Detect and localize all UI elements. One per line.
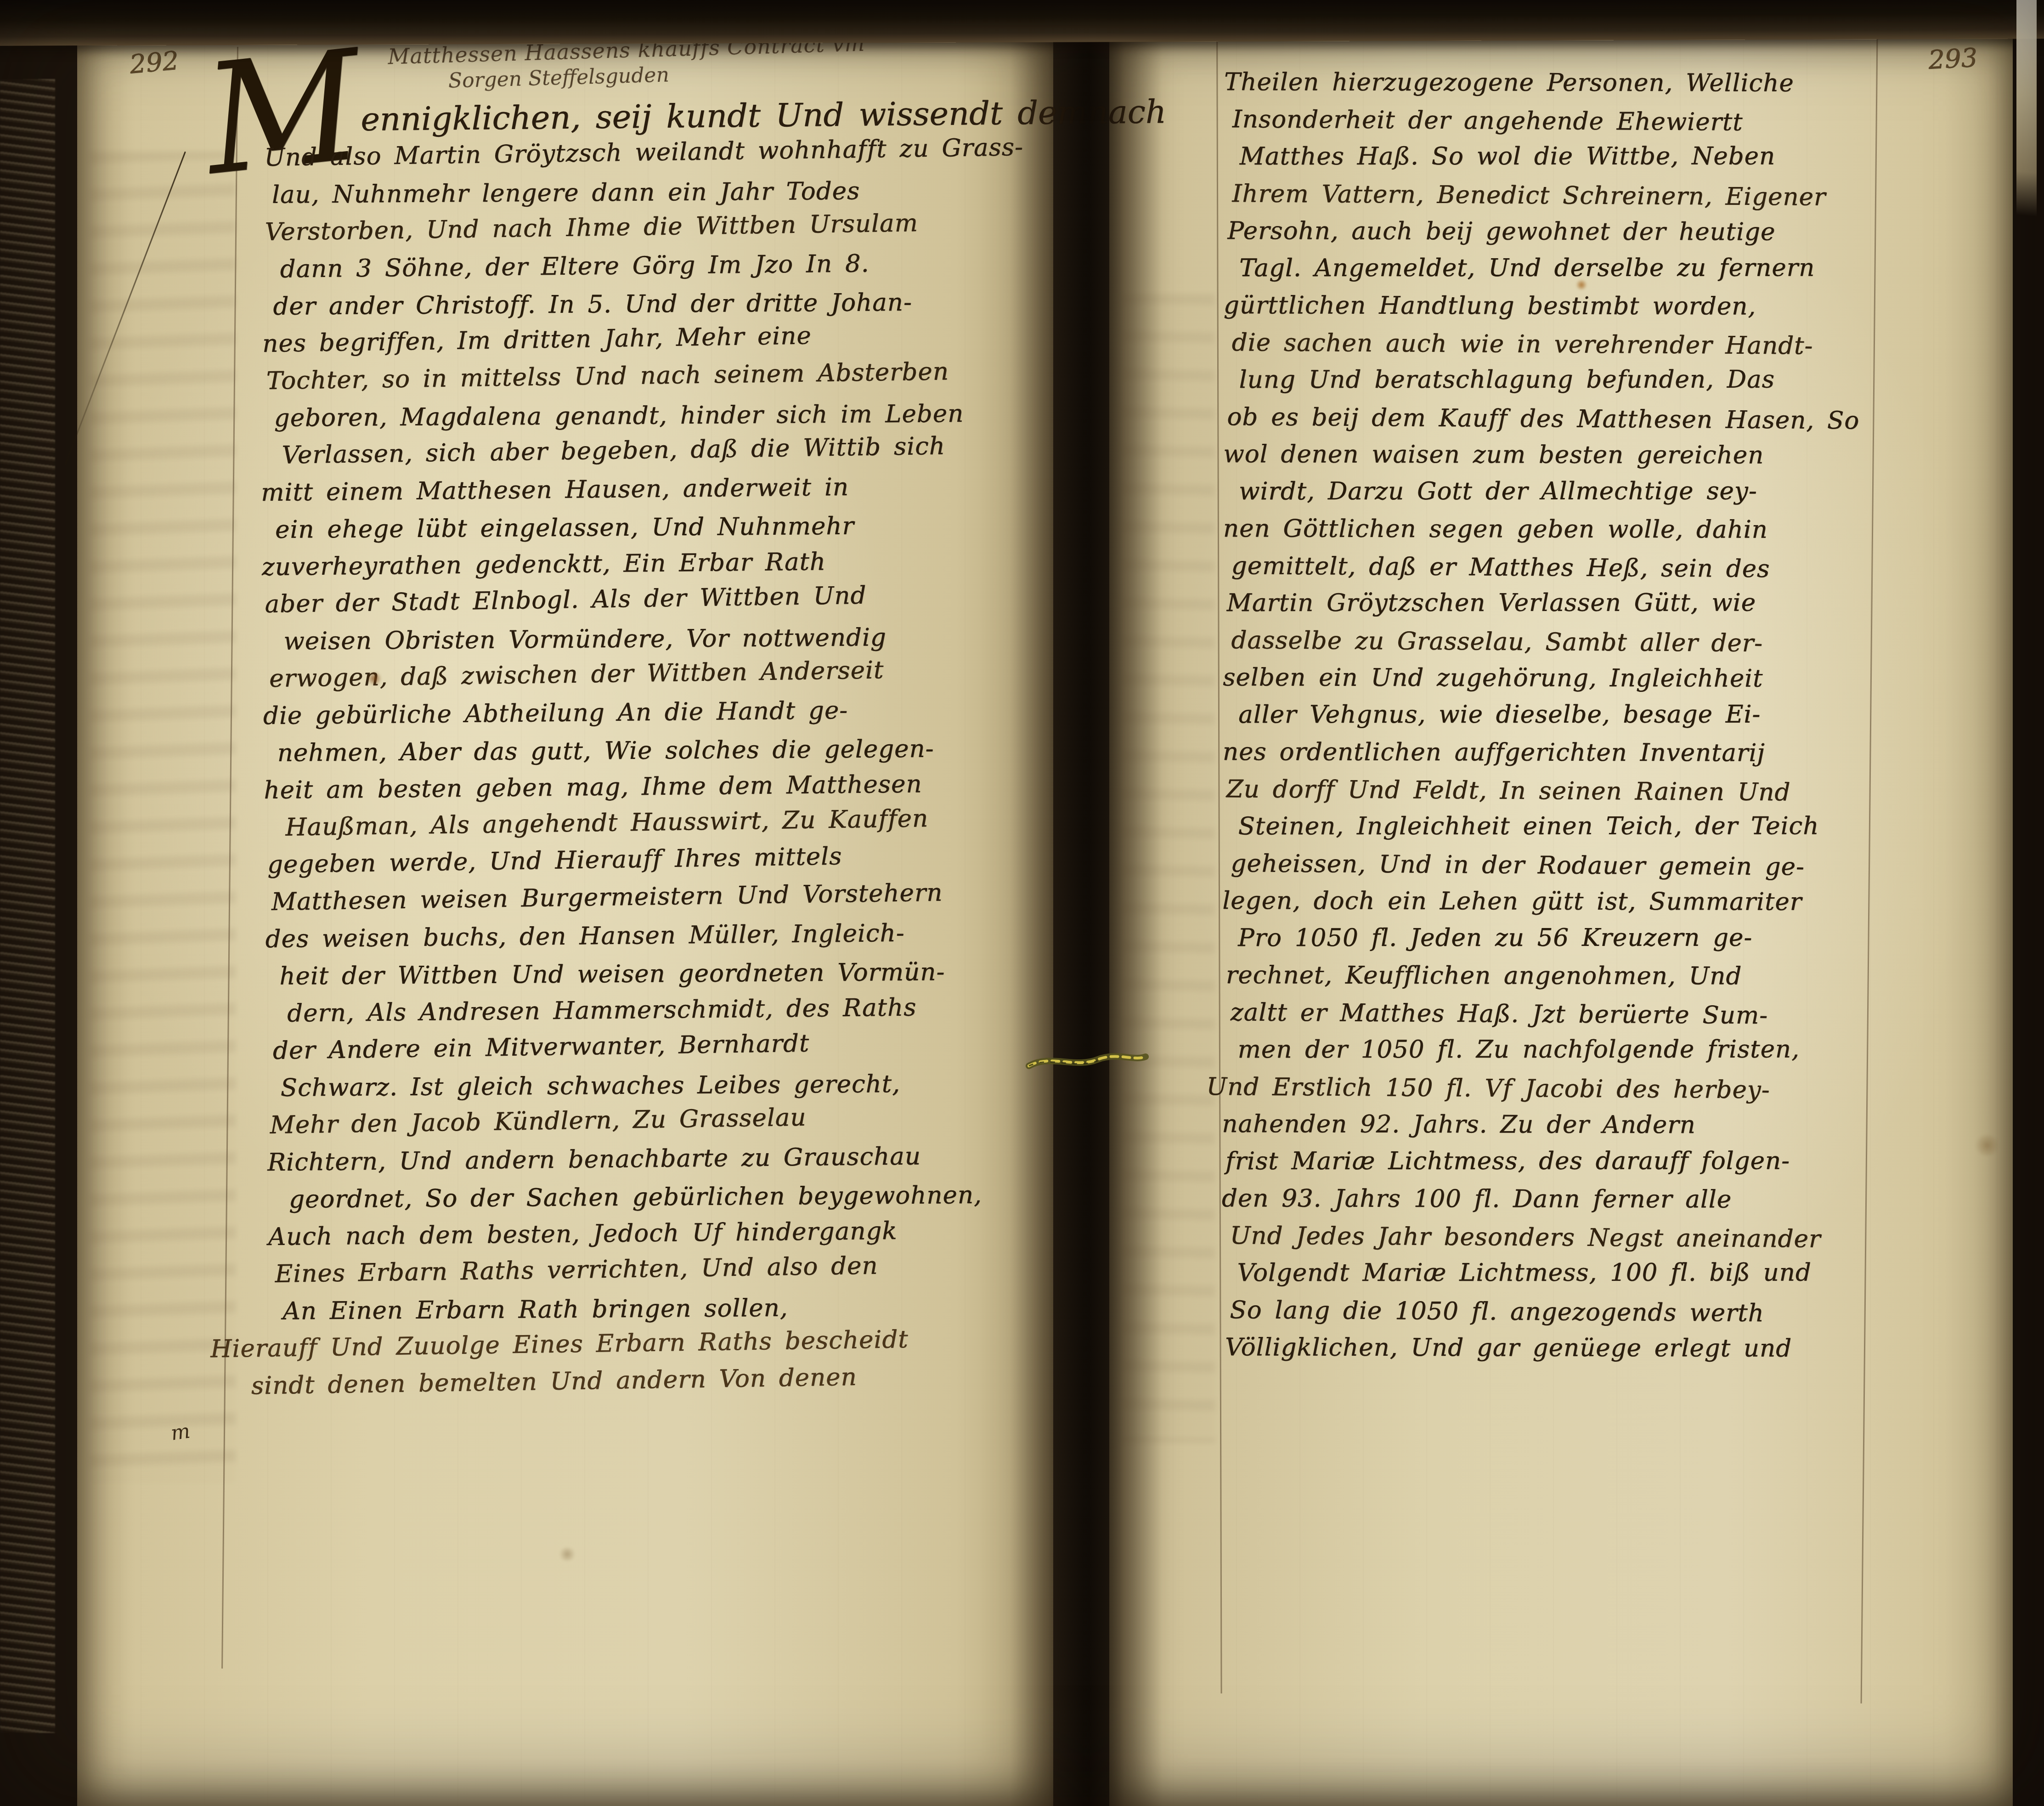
manuscript-line: mitt einem Matthesen Hausen, anderweit i…	[261, 467, 1024, 511]
manuscript-text-right-page: Theilen hierzugezogene Personen, Wellich…	[1221, 63, 1881, 1367]
manuscript-line: gemittelt, daß er Matthes Heß, sein des	[1231, 547, 1880, 588]
manuscript-line: Theilen hierzugezogene Personen, Wellich…	[1224, 63, 1881, 102]
book-top-edge	[0, 0, 2044, 46]
manuscript-line: geordnet, So der Sachen gebürlichen beyg…	[289, 1176, 1030, 1218]
manuscript-book-spread: 292 293 Matthessen Haassens khauffs Cont…	[0, 0, 2044, 1806]
manuscript-line: Richtern, Und andern benachbarte zu Grau…	[267, 1137, 1030, 1181]
manuscript-line: Insonderheit der angehende Ehewiertt	[1232, 101, 1881, 142]
manuscript-line: nahenden 92. Jahrs. Zu der Andern	[1222, 1105, 1879, 1144]
page-leaf-edges	[0, 79, 55, 1733]
page-number-left: 292	[128, 45, 180, 79]
rust-stain	[1575, 279, 1587, 290]
book-gutter-shadow	[1011, 0, 1162, 1806]
manuscript-line: Persohn, auch beij gewohnet der heutige	[1227, 212, 1880, 251]
manuscript-line: ein ehege lübt eingelassen, Und Nuhnmehr	[275, 506, 1024, 549]
manuscript-line: geheissen, Und in der Rodauer gemein ge-	[1231, 845, 1879, 886]
ink-stain	[367, 672, 382, 685]
manuscript-line: ob es beij dem Kauff des Matthesen Hasen…	[1227, 398, 1880, 439]
manuscript-line: nen Göttlichen segen geben wolle, dahin	[1223, 510, 1880, 549]
manuscript-line: nes ordentlichen auffgerichten Inventari…	[1223, 733, 1880, 772]
manuscript-line: Matthes Haß. So wol die Wittbe, Neben	[1240, 137, 1881, 175]
manuscript-line: Volgendt Mariæ Lichtmess, 100 fl. biß un…	[1237, 1254, 1878, 1291]
manuscript-line: die gebürliche Abtheilung An die Handt g…	[263, 690, 1026, 735]
manuscript-line: rechnet, Keufflichen angenohmen, Und	[1226, 957, 1879, 995]
manuscript-line: Steinen, Ingleichheit einen Teich, der T…	[1238, 807, 1880, 845]
book-right-edge	[2013, 0, 2044, 1806]
manuscript-line: Ihrem Vattern, Benedict Schreinern, Eige…	[1232, 175, 1880, 216]
manuscript-text-left-page: ennigklichen, seij kundt Und wissendt de…	[257, 95, 1032, 1404]
stacked-page-edges-left	[0, 24, 79, 1806]
page-number-right: 293	[1927, 43, 1978, 75]
manuscript-line: dann 3 Söhne, der Eltere Görg Im Jzo In …	[280, 243, 1022, 288]
manuscript-line: frist Mariæ Lichtmess, des darauff folge…	[1225, 1142, 1879, 1180]
manuscript-line: So lang die 1050 fl. angezogends werth	[1230, 1291, 1878, 1332]
manuscript-line: den 93. Jahrs 100 fl. Dann ferner alle	[1222, 1180, 1879, 1218]
manuscript-line: lung Und beratschlagung befunden, Das	[1239, 361, 1880, 398]
paper-stain	[558, 1547, 576, 1561]
manuscript-line: Tagl. Angemeldet, Und derselbe zu ferner…	[1239, 249, 1880, 287]
manuscript-line: selben ein Und zugehörung, Ingleichheit	[1223, 659, 1880, 697]
manuscript-line: Zu dorff Und Feldt, In seinen Rainen Und	[1226, 770, 1879, 811]
manuscript-line: nehmen, Aber das gutt, Wie solches die g…	[277, 730, 1026, 772]
manuscript-line: heit der Wittben Und weisen geordneten V…	[279, 953, 1028, 995]
manuscript-line: men der 1050 fl. Zu nachfolgende fristen…	[1237, 1030, 1879, 1068]
manuscript-line: zaltt er Matthes Haß. Jzt berüerte Sum-	[1230, 994, 1879, 1035]
manuscript-line: dasselbe zu Grasselau, Sambt aller der-	[1231, 622, 1880, 662]
manuscript-line: Martin Gröytzschen Verlassen Gütt, wie	[1227, 584, 1880, 622]
manuscript-line: Und Jedes Jahr besonders Negst aneinande…	[1230, 1217, 1878, 1258]
manuscript-line: aller Vehgnus, wie dieselbe, besage Ei-	[1238, 696, 1880, 733]
bookmark-thread	[1025, 1039, 1149, 1083]
manuscript-line: die sachen auch wie in verehrender Handt…	[1231, 324, 1880, 365]
manuscript-line: Und Erstlich 150 fl. Vf Jacobi des herbe…	[1206, 1068, 1879, 1110]
margin-mark: m	[169, 1419, 192, 1445]
paper-stain	[1973, 1135, 2001, 1156]
manuscript-line: Pro 1050 fl. Jeden zu 56 Kreuzern ge-	[1238, 919, 1879, 957]
manuscript-line: des weisen buchs, den Hansen Müller, Ing…	[265, 913, 1028, 958]
manuscript-line: wol denen waisen zum besten gereichen	[1223, 436, 1880, 474]
manuscript-line: gürttlichen Handtlung bestimbt worden,	[1224, 287, 1880, 325]
manuscript-line: legen, doch ein Lehen gütt ist, Summarit…	[1222, 882, 1879, 921]
manuscript-line: Völligklichen, Und gar genüege erlegt un…	[1225, 1329, 1878, 1367]
manuscript-line: wirdt, Darzu Gott der Allmechtige sey-	[1239, 472, 1880, 510]
fore-edge-page-sliver	[2016, 0, 2037, 217]
ink-bleedthrough-left-margin	[90, 152, 236, 1484]
